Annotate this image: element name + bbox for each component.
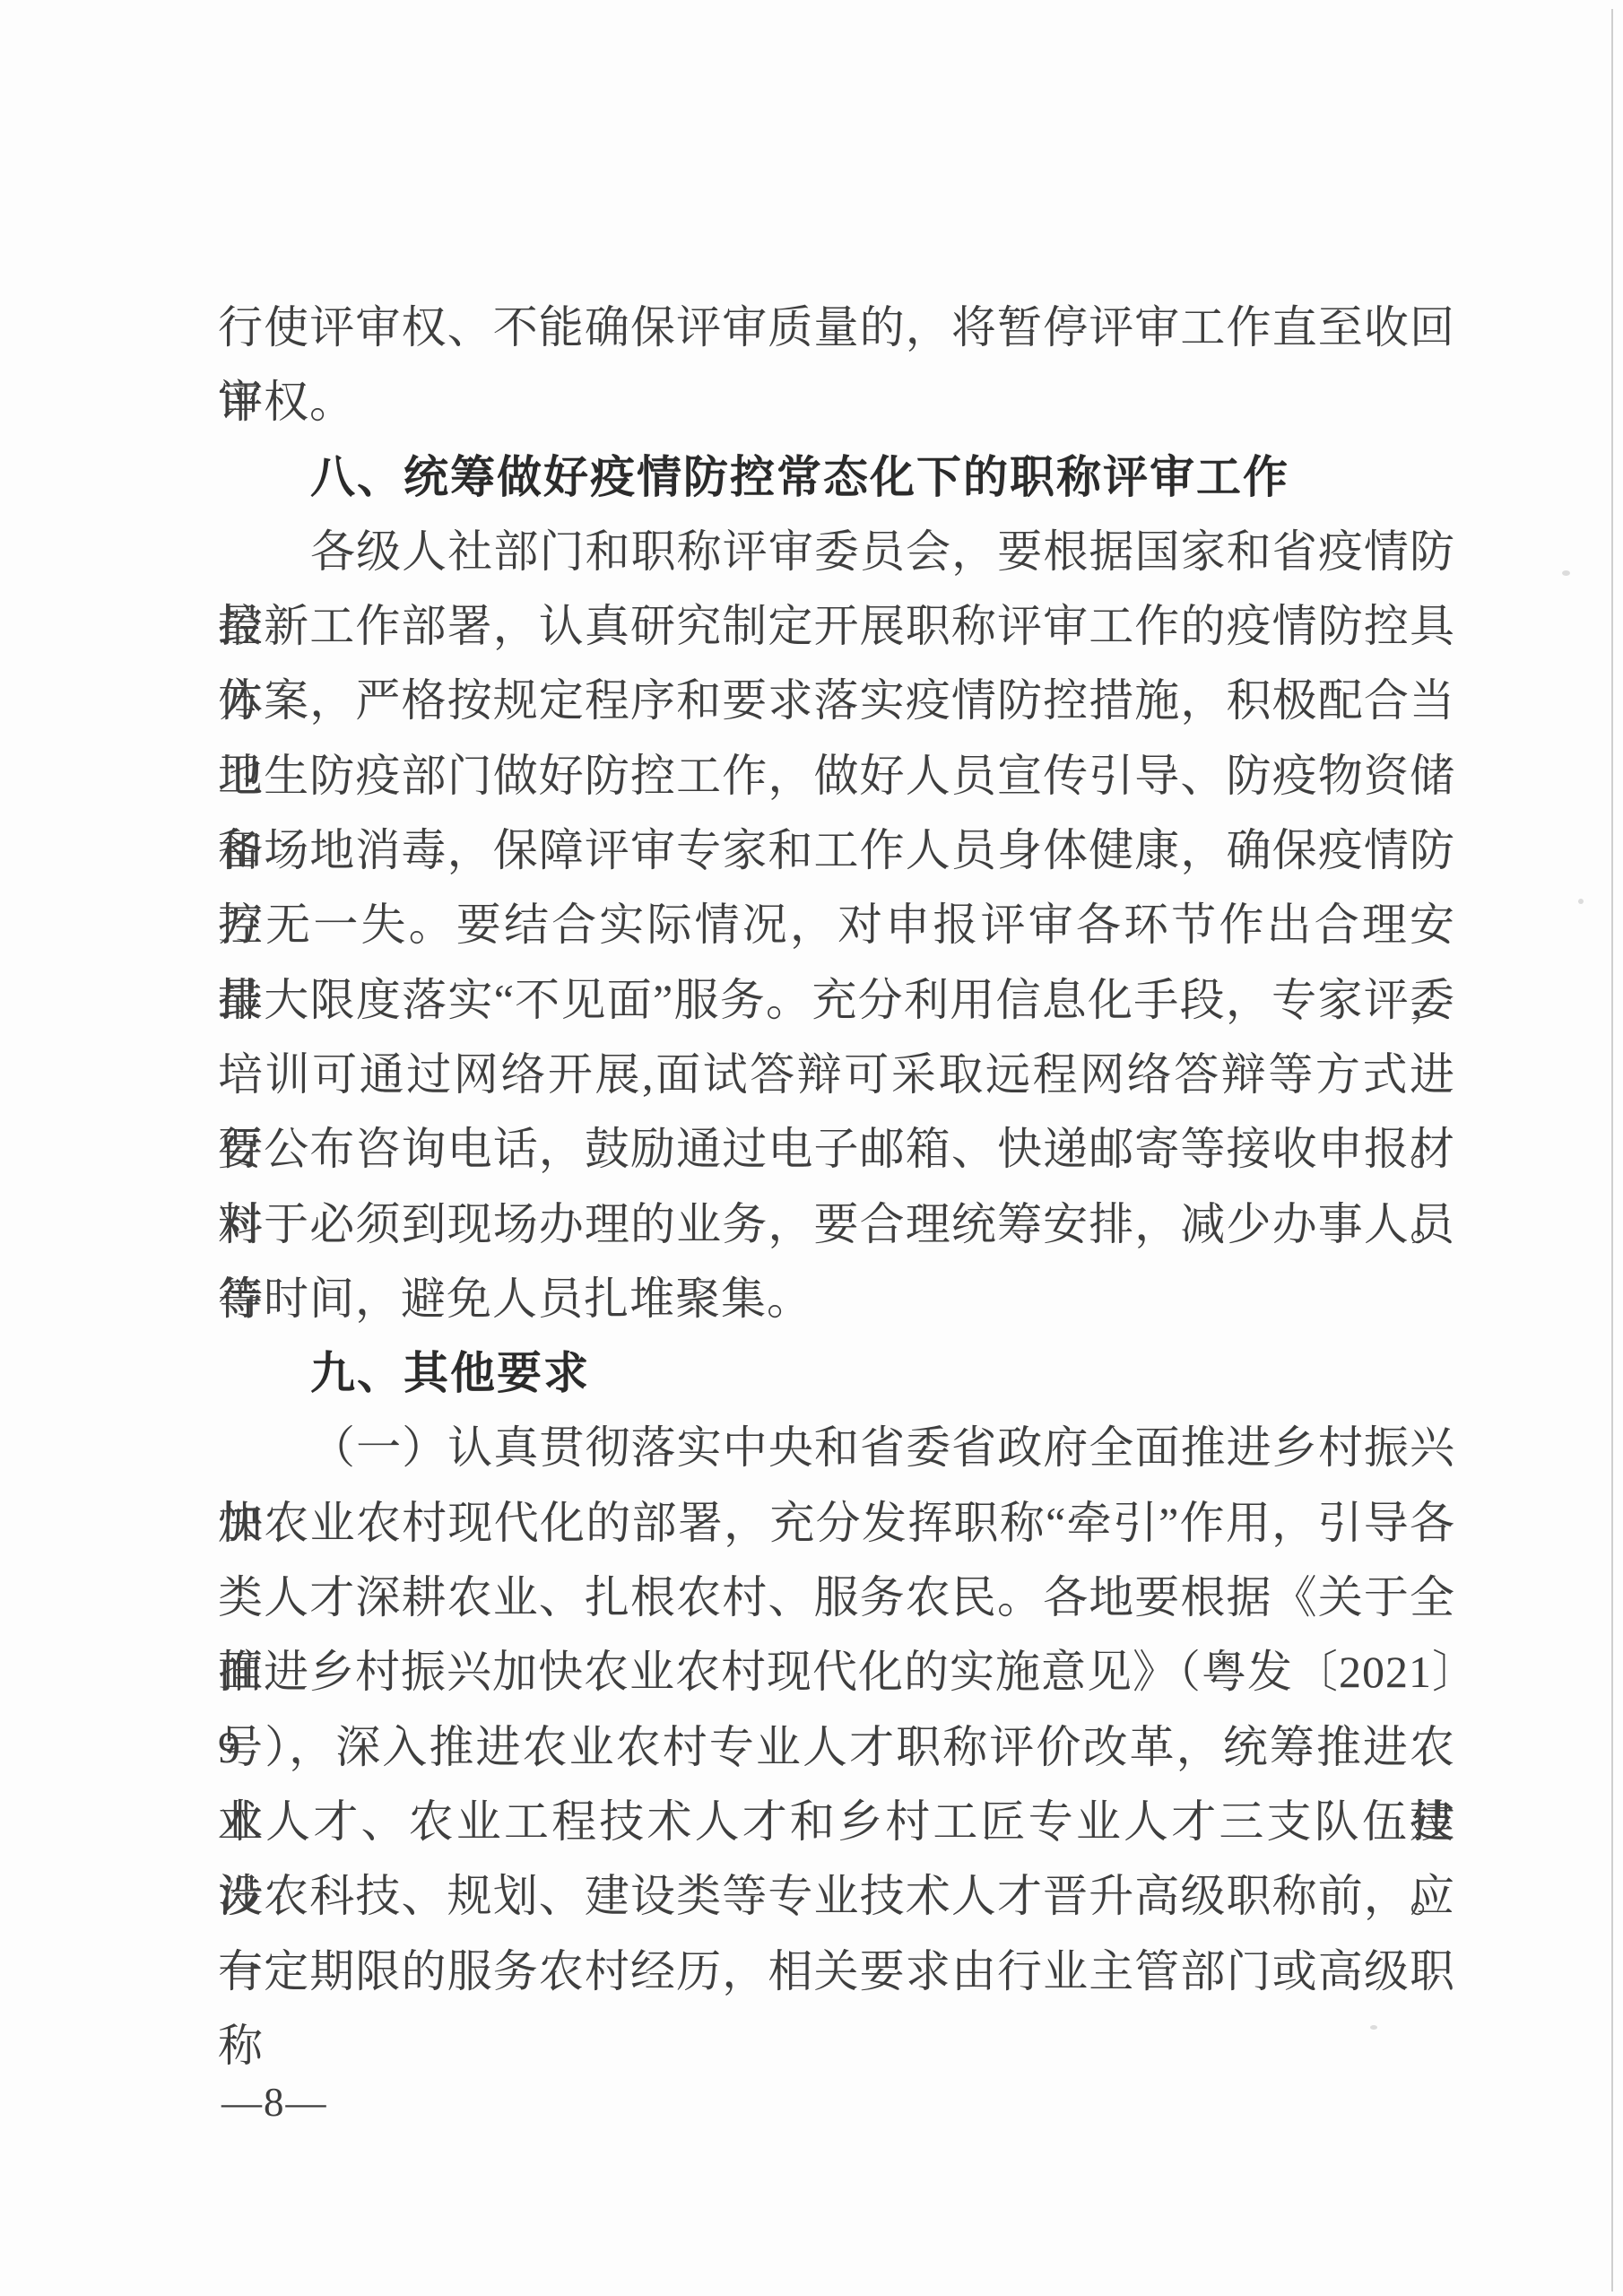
paragraph-line: 万无一失。要结合实际情况，对申报评审各环节作出合理安排， bbox=[218, 888, 1455, 962]
scan-artifact-line bbox=[1611, 9, 1613, 2292]
paragraph-line: 最新工作部署，认真研究制定开展职称评审工作的疫情防控具体 bbox=[218, 589, 1455, 664]
document-body: 行使评审权、不能确保评审质量的，将暂停评审工作直至收回评 审权。 八、统筹做好疫… bbox=[218, 291, 1455, 2009]
scanned-document-page: 行使评审权、不能确保评审质量的，将暂停评审工作直至收回评 审权。 八、统筹做好疫… bbox=[0, 0, 1623, 2296]
section-8-heading: 八、统筹做好疫情防控常态化下的职称评审工作 bbox=[218, 440, 1455, 515]
paragraph-line: 待时间，避免人员扎堆聚集。 bbox=[218, 1262, 1455, 1336]
paragraph-line: 最大限度落实“不见面”服务。充分利用信息化手段，专家评委 bbox=[218, 963, 1455, 1038]
scan-speckle bbox=[1562, 570, 1570, 576]
paragraph-line: 一定期限的服务农村经历，相关要求由行业主管部门或高级职称 bbox=[218, 1935, 1455, 2009]
paragraph-line: （一）认真贯彻落实中央和省委省政府全面推进乡村振兴加 bbox=[218, 1411, 1455, 1485]
scan-speckle bbox=[1370, 2025, 1377, 2030]
paragraph-line: 各级人社部门和职称评审委员会，要根据国家和省疫情防控 bbox=[218, 515, 1455, 589]
paragraph-line: 涉农科技、规划、建设类等专业技术人才晋升高级职称前，应有 bbox=[218, 1859, 1455, 1934]
paragraph-line: 推进乡村振兴加快农业农村现代化的实施意见》（粤发〔2021〕9 bbox=[218, 1635, 1455, 1709]
paragraph-line: 行使评审权、不能确保评审质量的，将暂停评审工作直至收回评 bbox=[218, 291, 1455, 365]
paragraph-line: 快农业农村现代化的部署，充分发挥职称“牵引”作用，引导各 bbox=[218, 1486, 1455, 1561]
paragraph-line: 培训可通过网络开展,面试答辩可采取远程网络答辩等方式进行。 bbox=[218, 1038, 1455, 1112]
paragraph-line: 卫生防疫部门做好防控工作，做好人员宣传引导、防疫物资储备 bbox=[218, 739, 1455, 813]
page-number: —8— bbox=[221, 2083, 328, 2123]
paragraph-line: 要公布咨询电话，鼓励通过电子邮箱、快递邮寄等接收申报材料。 bbox=[218, 1112, 1455, 1187]
paragraph-line: 和场地消毒，保障评审专家和工作人员身体健康，确保疫情防控 bbox=[218, 813, 1455, 888]
paragraph-line: 对于必须到现场办理的业务，要合理统筹安排，减少办事人员等 bbox=[218, 1187, 1455, 1262]
paragraph-line: 类人才深耕农业、扎根农村、服务农民。各地要根据《关于全面 bbox=[218, 1561, 1455, 1635]
paragraph-line: 审权。 bbox=[218, 365, 1455, 439]
scan-speckle bbox=[1578, 899, 1584, 904]
paragraph-line: 方案，严格按规定程序和要求落实疫情防控措施，积极配合当地 bbox=[218, 664, 1455, 738]
paragraph-line: 号），深入推进农业农村专业人才职称评价改革，统筹推进农业技 bbox=[218, 1710, 1455, 1785]
paragraph-line: 术人才、农业工程技术人才和乡村工匠专业人才三支队伍建设。 bbox=[218, 1785, 1455, 1859]
section-9-heading: 九、其他要求 bbox=[218, 1336, 1455, 1411]
